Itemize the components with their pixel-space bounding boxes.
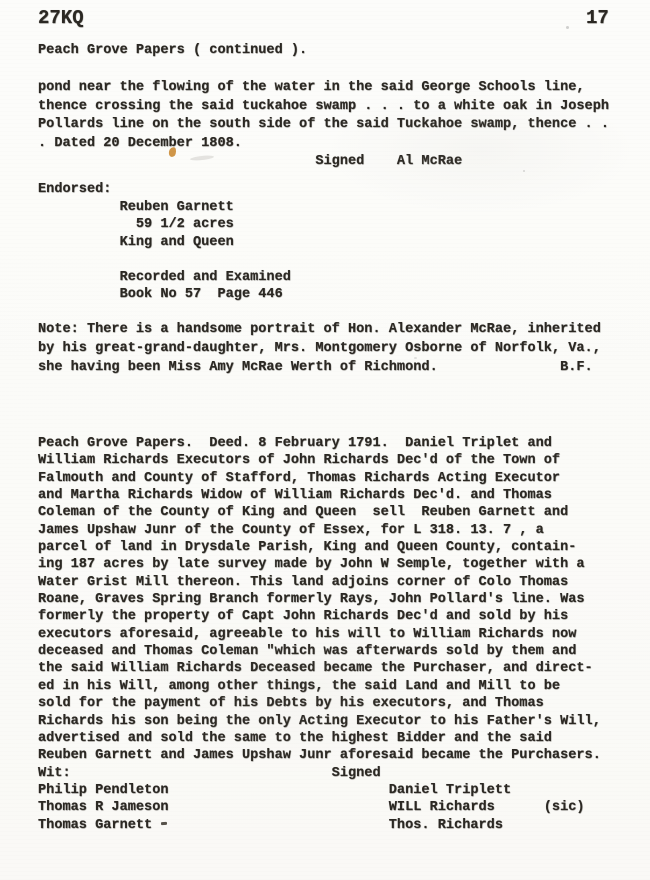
scan-speck	[414, 357, 417, 359]
deed-1808-paragraph: pond near the flowing of the water in th…	[38, 79, 609, 172]
note-paragraph: Note: There is a handsome portrait of Ho…	[38, 320, 601, 377]
deed-1791-paragraph: Peach Grove Papers. Deed. 8 February 179…	[38, 435, 601, 834]
endorsement-block: Endorsed: Reuben Garnett 59 1/2 acres Ki…	[38, 181, 291, 304]
stray-pen-mark	[161, 822, 167, 825]
scan-speck	[566, 26, 569, 29]
page-code: 27KQ	[38, 9, 84, 28]
document-page: 27KQ 17 Peach Grove Papers ( continued )…	[0, 0, 650, 880]
scan-speck	[523, 170, 525, 172]
document-title: Peach Grove Papers ( continued ).	[38, 43, 307, 59]
page-number: 17	[586, 9, 609, 28]
